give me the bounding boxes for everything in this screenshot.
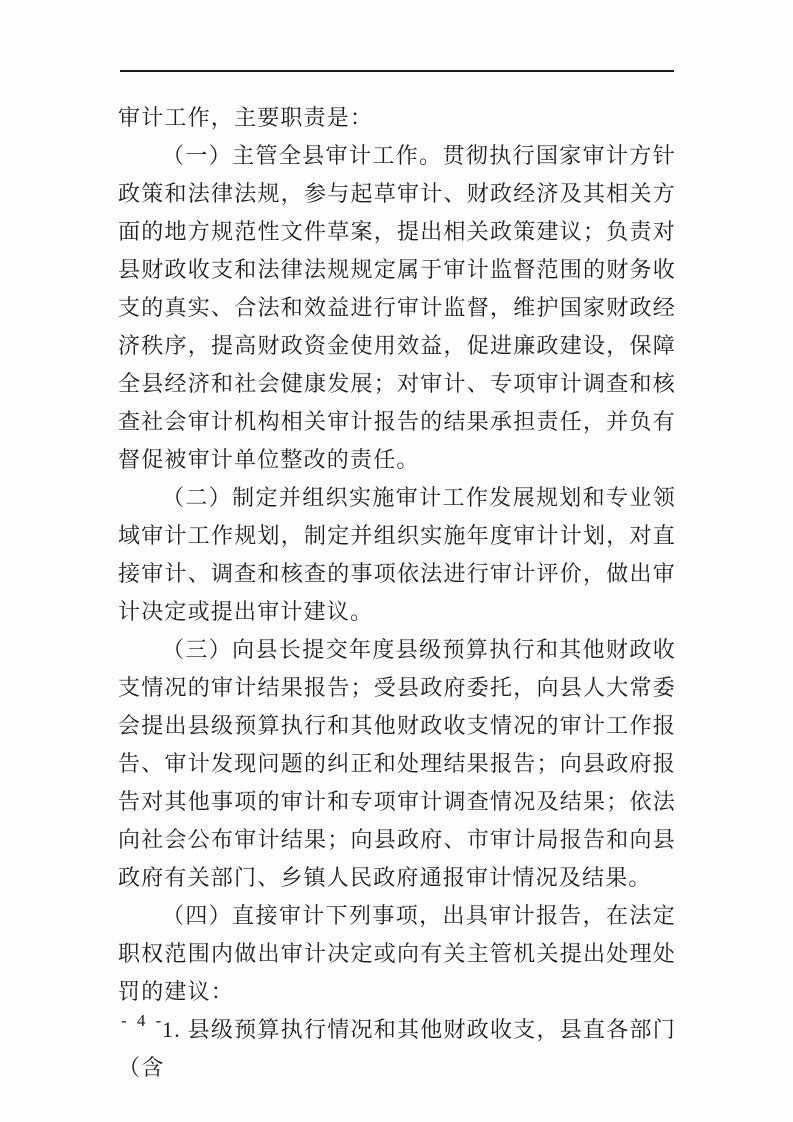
para-list-item-1: 1. 县级预算执行情况和其他财政收支，县直各部门（含 — [118, 1011, 676, 1087]
para-duty-3: （三）向县长提交年度县级预算执行和其他财政收支情况的审计结果报告；受县政府委托，… — [118, 631, 676, 897]
para-duty-4: （四）直接审计下列事项，出具审计报告，在法定职权范围内做出审计决定或向有关主管机… — [118, 897, 676, 1011]
para-duty-1: （一）主管全县审计工作。贯彻执行国家审计方针政策和法律法规，参与起草审计、财政经… — [118, 137, 676, 479]
page-number: - 4 - — [121, 1010, 164, 1032]
page-header-rule — [120, 70, 674, 72]
para-continuation-intro: 审计工作，主要职责是： — [118, 99, 676, 137]
para-duty-2: （二）制定并组织实施审计工作发展规划和专业领域审计工作规划，制定并组织实施年度审… — [118, 479, 676, 631]
document-page: 审计工作，主要职责是： （一）主管全县审计工作。贯彻执行国家审计方针政策和法律法… — [0, 0, 793, 1122]
document-body: 审计工作，主要职责是： （一）主管全县审计工作。贯彻执行国家审计方针政策和法律法… — [118, 99, 676, 1087]
